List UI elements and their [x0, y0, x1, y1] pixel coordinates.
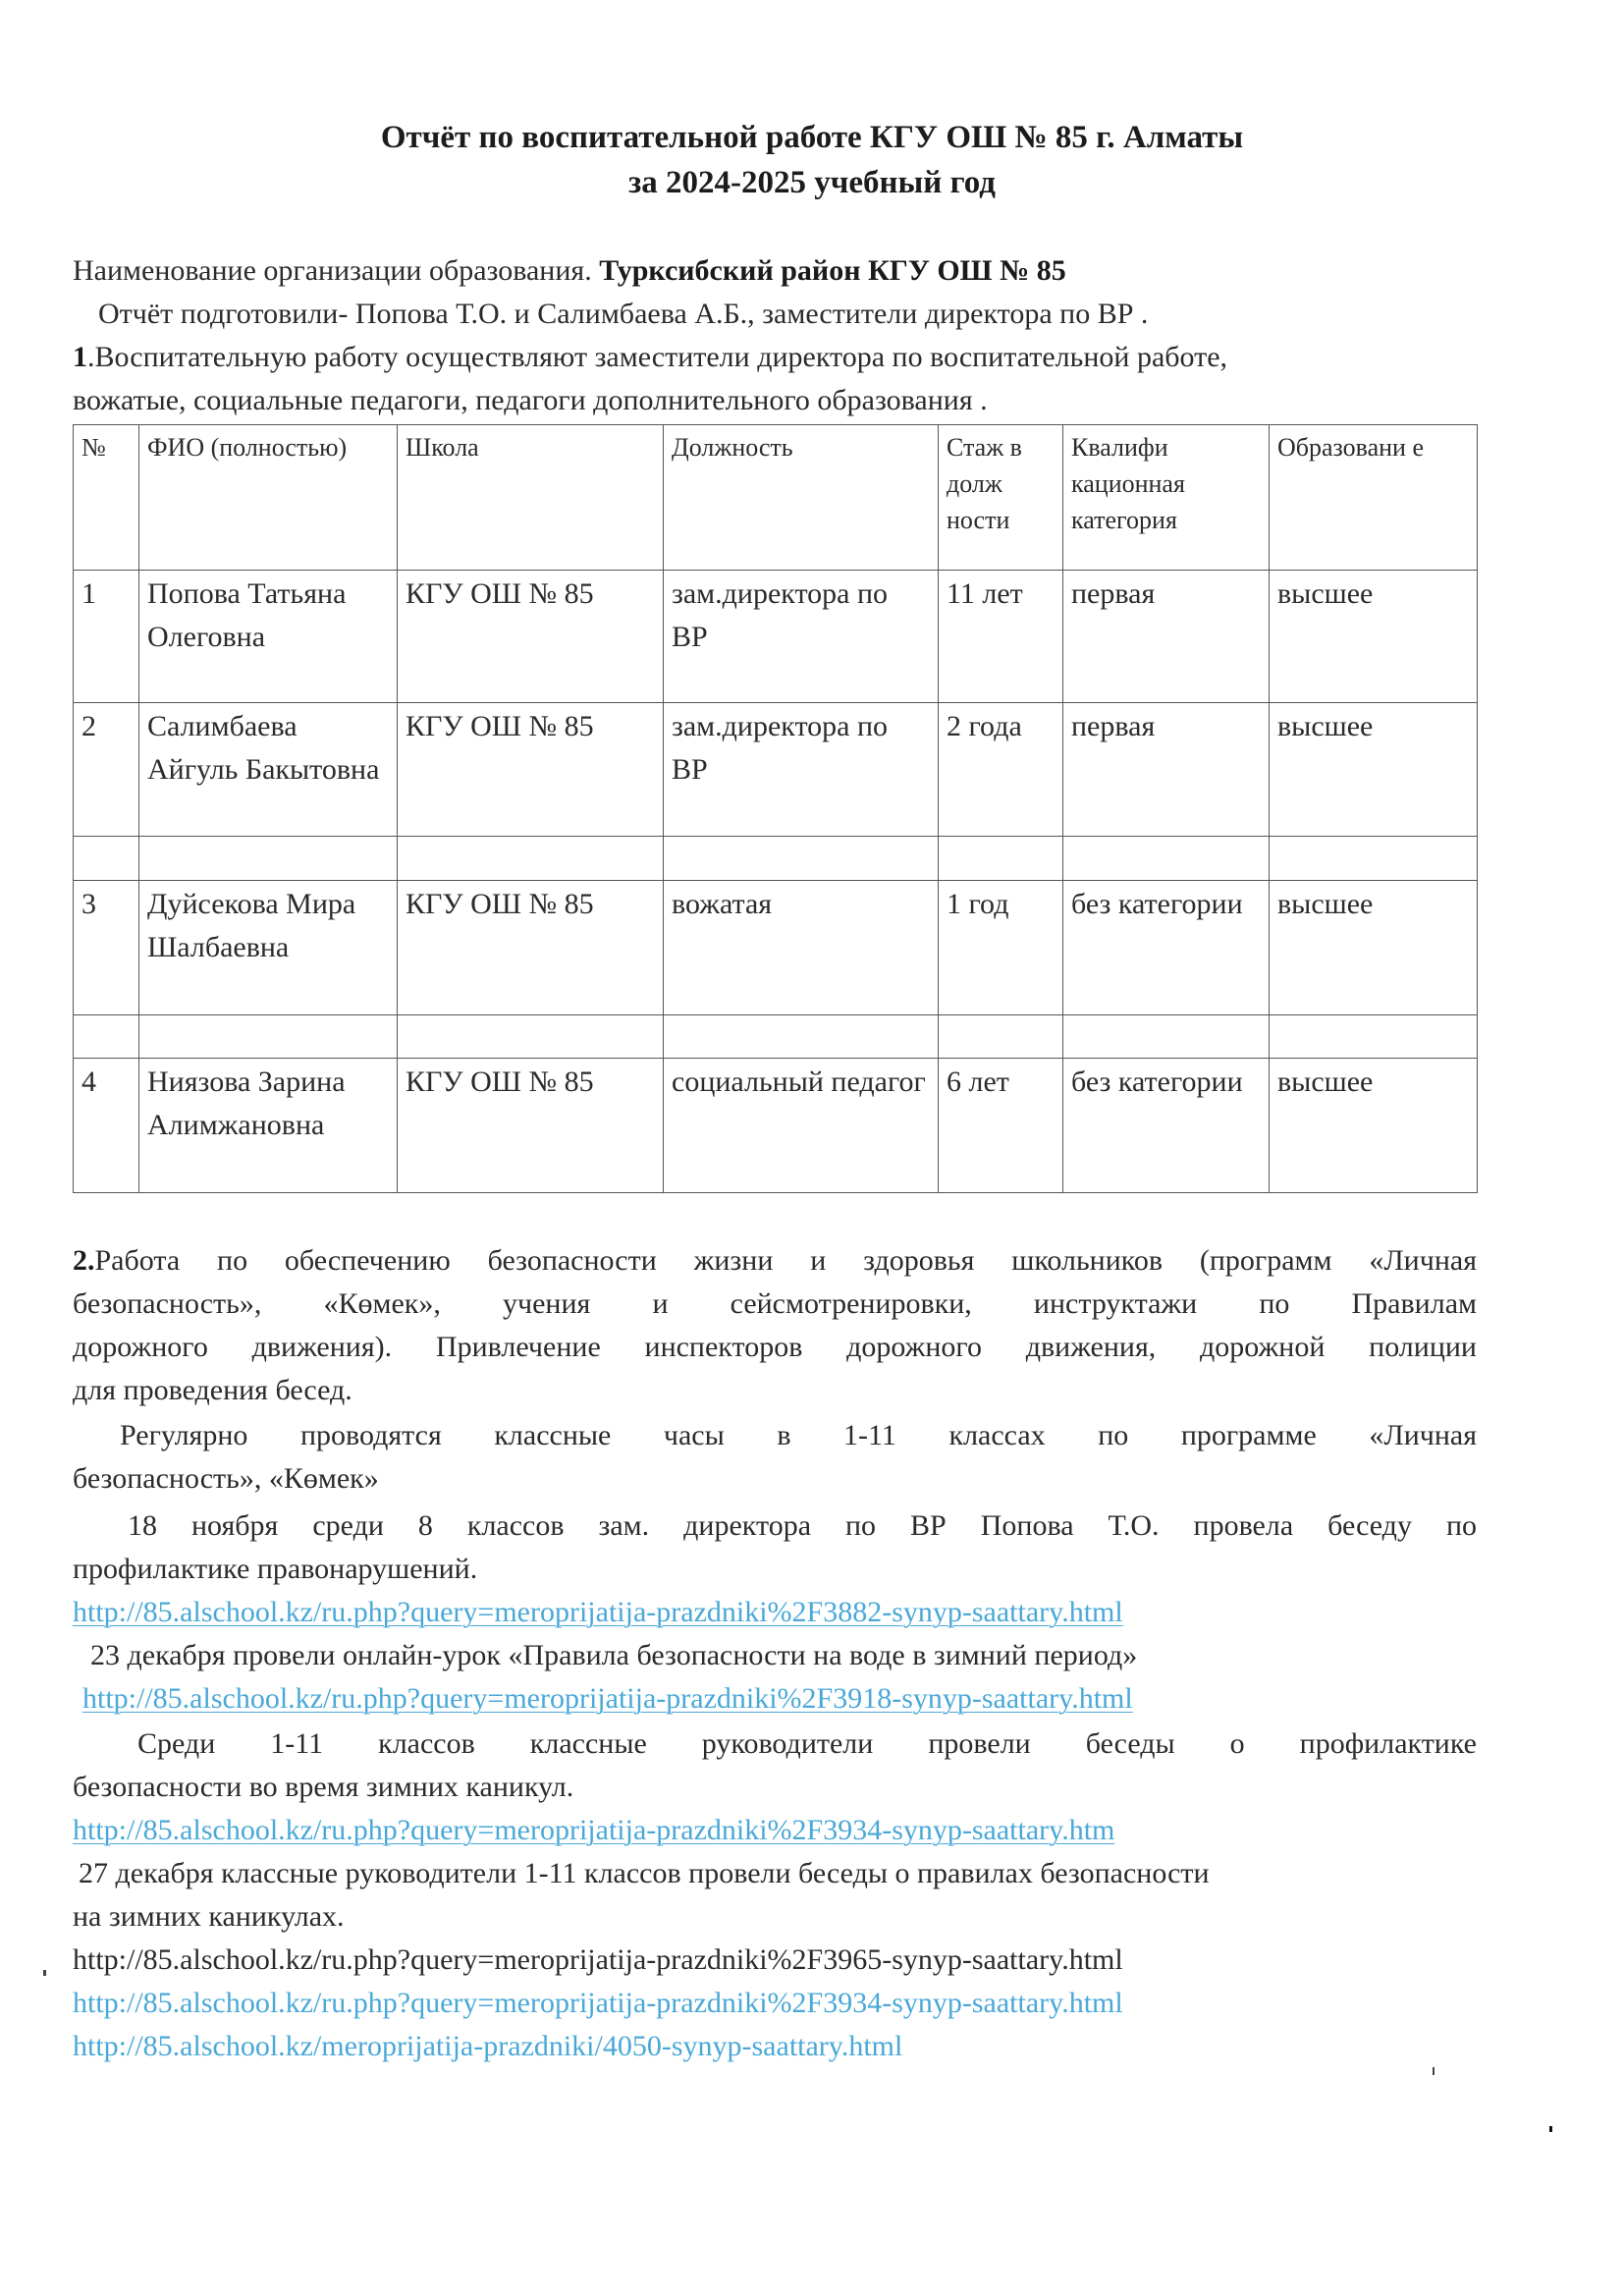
cell-education: высшее: [1270, 1059, 1478, 1193]
report-title: Отчёт по воспитательной работе КГУ ОШ № …: [0, 118, 1624, 157]
cell-position: [664, 837, 939, 881]
cell-position: вожатая: [664, 881, 939, 1015]
section2-para1-line1: 2.Работа по обеспечению безопасности жиз…: [73, 1239, 1477, 1283]
cell-position: зам.директора по ВР: [664, 571, 939, 703]
section1-number: 1: [73, 341, 87, 373]
cell-num: 3: [74, 881, 139, 1015]
header-experience: Стаж в долж ности: [939, 425, 1063, 571]
cell-num: 2: [74, 703, 139, 837]
cell-experience: 6 лет: [939, 1059, 1063, 1193]
table-row: 2Салимбаева Айгуль БакытовнаКГУ ОШ № 85з…: [74, 703, 1478, 837]
section1-text: .Воспитательную работу осуществляют заме…: [87, 341, 1227, 373]
section2-para1-line3: дорожного движения). Привлечение инспект…: [73, 1326, 1477, 1369]
cell-experience: 11 лет: [939, 571, 1063, 703]
cell-category: первая: [1063, 571, 1270, 703]
cell-school: [398, 837, 664, 881]
cell-education: [1270, 837, 1478, 881]
cell-num: 4: [74, 1059, 139, 1193]
header-school: Школа: [398, 425, 664, 571]
cell-name: Салимбаева Айгуль Бакытовна: [139, 703, 398, 837]
cell-name: Ниязова Зарина Алимжановна: [139, 1059, 398, 1193]
link-4050[interactable]: http://85.alschool.kz/meroprijatija-praz…: [73, 2025, 902, 2068]
para-dec27-line1: 27 декабря классные руководители 1-11 кл…: [79, 1852, 1210, 1895]
cell-school: КГУ ОШ № 85: [398, 703, 664, 837]
cell-name: [139, 1015, 398, 1059]
cell-education: высшее: [1270, 881, 1478, 1015]
table-row-empty: [74, 837, 1478, 881]
header-category: Квалифи кационная категория: [1063, 425, 1270, 571]
para-winter-break-line1: Среди 1-11 классов классные руководители…: [137, 1722, 1477, 1766]
cell-position: зам.директора по ВР: [664, 703, 939, 837]
section2-para1-line4: для проведения бесед.: [73, 1369, 352, 1412]
para-nov18-line2: профилактике правонарушений.: [73, 1548, 477, 1591]
header-number: №: [74, 425, 139, 571]
cell-experience: [939, 1015, 1063, 1059]
cell-school: КГУ ОШ № 85: [398, 571, 664, 703]
table-row-empty: [74, 1015, 1478, 1059]
cell-num: [74, 837, 139, 881]
cell-experience: 1 год: [939, 881, 1063, 1015]
link-3965[interactable]: http://85.alschool.kz/ru.php?query=merop…: [73, 1939, 1123, 1982]
para-dec23: 23 декабря провели онлайн-урок «Правила …: [90, 1634, 1137, 1677]
prepared-by: Отчёт подготовили- Попова Т.О. и Салимба…: [98, 293, 1148, 336]
link-3934-htm[interactable]: http://85.alschool.kz/ru.php?query=merop…: [73, 1809, 1114, 1852]
table-header-row: № ФИО (полностью) Школа Должность Стаж в…: [74, 425, 1478, 571]
table-row: 3Дуйсекова Мира ШалбаевнаКГУ ОШ № 85вожа…: [74, 881, 1478, 1015]
header-position: Должность: [664, 425, 939, 571]
link-3918[interactable]: http://85.alschool.kz/ru.php?query=merop…: [82, 1677, 1133, 1721]
cell-category: [1063, 837, 1270, 881]
cell-name: [139, 837, 398, 881]
cell-num: 1: [74, 571, 139, 703]
cell-education: высшее: [1270, 571, 1478, 703]
organization-label: Наименование организации образования.: [73, 254, 599, 287]
scan-speck: [1433, 2067, 1435, 2075]
cell-experience: [939, 837, 1063, 881]
section2-para1-line2: безопасность», «Көмек», учения и сейсмот…: [73, 1283, 1477, 1326]
academic-year: за 2024-2025 учебный год: [628, 165, 996, 200]
cell-name: Дуйсекова Мира Шалбаевна: [139, 881, 398, 1015]
cell-category: без категории: [1063, 881, 1270, 1015]
header-education: Образовани е: [1270, 425, 1478, 571]
para-regular-classes-line1: Регулярно проводятся классные часы в 1-1…: [120, 1414, 1477, 1457]
section1-line1: 1.Воспитательную работу осуществляют зам…: [73, 336, 1227, 379]
organization-value: Турксибский район КГУ ОШ № 85: [599, 254, 1066, 287]
cell-school: [398, 1015, 664, 1059]
table-row: 4Ниязова Зарина АлимжановнаКГУ ОШ № 85со…: [74, 1059, 1478, 1193]
para-winter-break-line2: безопасности во время зимних каникул.: [73, 1766, 573, 1809]
cell-position: социальный педагог: [664, 1059, 939, 1193]
cell-school: КГУ ОШ № 85: [398, 881, 664, 1015]
link-3934-html[interactable]: http://85.alschool.kz/ru.php?query=merop…: [73, 1982, 1123, 2025]
cell-position: [664, 1015, 939, 1059]
section2-number: 2.: [73, 1244, 95, 1277]
para-nov18-line1: 18 ноября среди 8 классов зам. директора…: [128, 1504, 1477, 1548]
scan-speck: [43, 1970, 46, 1976]
report-subtitle: · за 2024-2025 учебный год: [0, 163, 1624, 202]
cell-school: КГУ ОШ № 85: [398, 1059, 664, 1193]
scan-speck: [1549, 2126, 1552, 2132]
cell-category: [1063, 1015, 1270, 1059]
para-regular-classes-line2: безопасность», «Көмек»: [73, 1457, 379, 1501]
cell-category: без категории: [1063, 1059, 1270, 1193]
header-name: ФИО (полностью): [139, 425, 398, 571]
section2-heading-text: Работа по обеспечению безопасности жизни…: [95, 1244, 1478, 1277]
link-3882[interactable]: http://85.alschool.kz/ru.php?query=merop…: [73, 1591, 1123, 1634]
organization-line: Наименование организации образования. Ту…: [73, 249, 1066, 293]
cell-category: первая: [1063, 703, 1270, 837]
staff-table: № ФИО (полностью) Школа Должность Стаж в…: [73, 424, 1478, 1193]
cell-experience: 2 года: [939, 703, 1063, 837]
cell-education: высшее: [1270, 703, 1478, 837]
para-dec27-line2: на зимних каникулах.: [73, 1895, 345, 1939]
cell-name: Попова Татьяна Олеговна: [139, 571, 398, 703]
table-row: 1Попова Татьяна ОлеговнаКГУ ОШ № 85зам.д…: [74, 571, 1478, 703]
cell-education: [1270, 1015, 1478, 1059]
cell-num: [74, 1015, 139, 1059]
section1-line2: вожатые, социальные педагоги, педагоги д…: [73, 379, 988, 422]
